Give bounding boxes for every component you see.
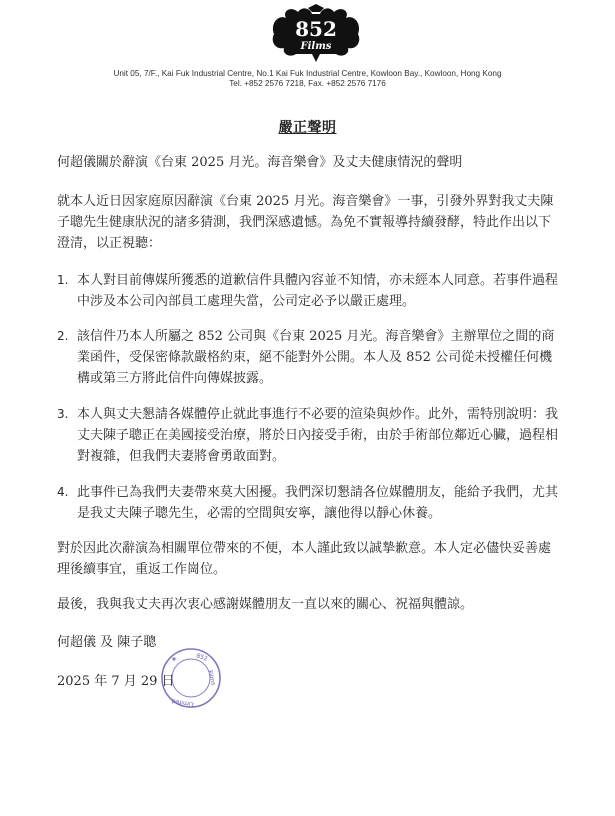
document-date: 2025 年 7 月 29 日	[57, 671, 562, 692]
point-number: 4.	[57, 482, 77, 524]
svg-text:852: 852	[295, 17, 337, 41]
company-seal-stamp: 852 Films Limited	[160, 647, 222, 709]
intro-paragraph: 就本人近日因家庭原因辭演《台東 2025 月光。海音樂會》一事，引發外界對我丈夫…	[57, 191, 562, 254]
point-number: 3.	[57, 404, 77, 467]
svg-text:Limited: Limited	[171, 697, 194, 708]
point-number: 1.	[57, 270, 77, 312]
address-line: Unit 05, 7/F., Kai Fuk Industrial Centre…	[0, 69, 615, 79]
closing-paragraph: 最後，我與我丈夫再次衷心感謝媒體朋友一直以來的關心、祝福與體諒。	[57, 594, 562, 615]
point-text: 此事件已為我們夫妻帶來莫大困擾。我們深切懇請各位媒體朋友，能給予我們，尤其是我丈…	[77, 482, 562, 524]
point-text: 本人與丈夫懇請各媒體停止就此事進行不必要的渲染與炒作。此外，需特別說明：我丈夫陳…	[77, 404, 562, 467]
company-address: Unit 05, 7/F., Kai Fuk Industrial Centre…	[0, 69, 615, 89]
point-text: 本人對目前傳媒所獲悉的道歉信件具體內容並不知情，亦未經本人同意。若事件過程中涉及…	[77, 270, 562, 312]
statement-subject: 何超儀關於辭演《台東 2025 月光。海音樂會》及丈夫健康情況的聲明	[57, 152, 562, 173]
point-1: 1. 本人對目前傳媒所獲悉的道歉信件具體內容並不知情，亦未經本人同意。若事件過程…	[57, 270, 562, 312]
point-3: 3. 本人與丈夫懇請各媒體停止就此事進行不必要的渲染與炒作。此外，需特別說明：我…	[57, 404, 562, 467]
contact-line: Tel. +852 2576 7218, Fax. +852 2576 7176	[0, 79, 615, 89]
852-films-logo: 852 Films	[268, 4, 364, 64]
svg-text:Films: Films	[300, 41, 332, 52]
document-title: 嚴正聲明	[0, 117, 615, 137]
apology-paragraph: 對於因此次辭演為相關單位帶來的不便，本人謹此致以誠摯歉意。本人定必儘快妥善處理後…	[57, 538, 562, 580]
signatories: 何超儀 及 陳子聰	[57, 632, 562, 653]
point-2: 2. 該信件乃本人所屬之 852 公司與《台東 2025 月光。海音樂會》主辦單…	[57, 326, 562, 389]
point-text: 該信件乃本人所屬之 852 公司與《台東 2025 月光。海音樂會》主辦單位之間…	[77, 326, 562, 389]
point-4: 4. 此事件已為我們夫妻帶來莫大困擾。我們深切懇請各位媒體朋友，能給予我們，尤其…	[57, 482, 562, 524]
point-number: 2.	[57, 326, 77, 389]
svg-text:Films: Films	[206, 670, 217, 687]
